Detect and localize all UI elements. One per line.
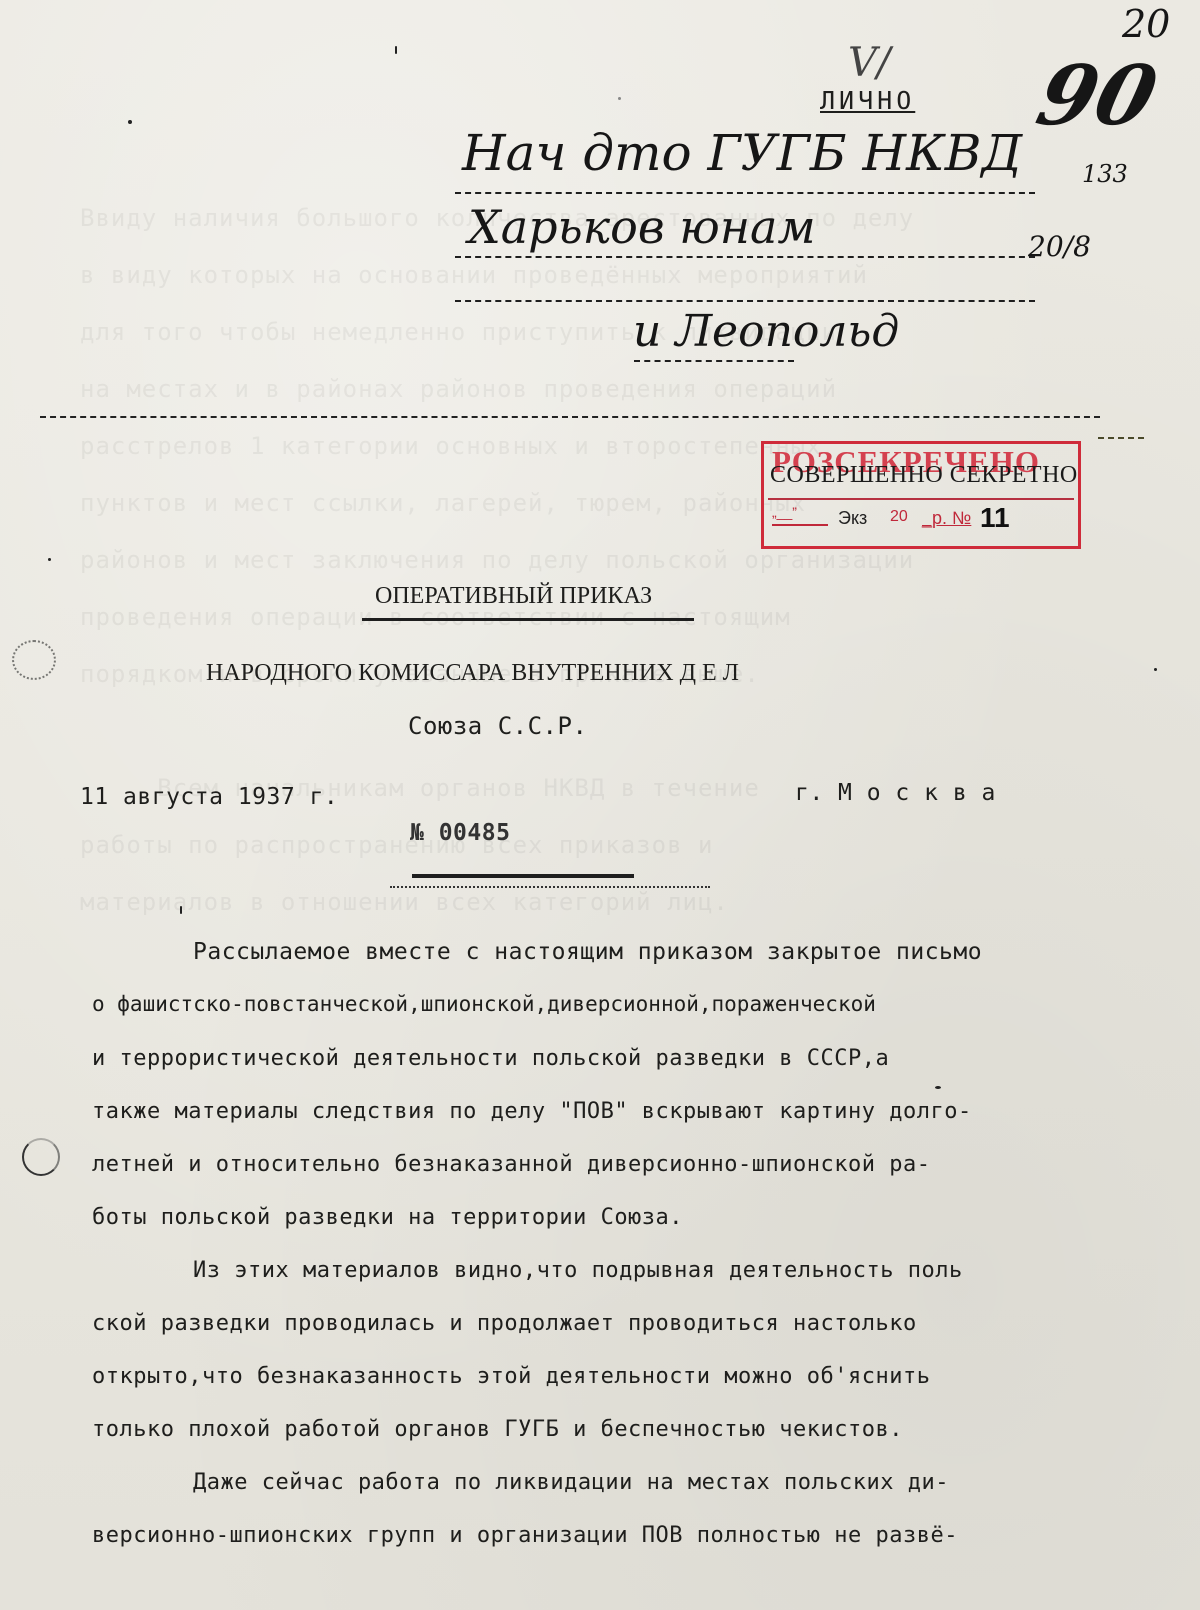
handwritten-addressee-line2-suffix: 20/8 — [1028, 230, 1091, 263]
body-line-3: и террористической деятельности польской… — [92, 1046, 889, 1071]
body-line-5: летней и относительно безнаказанной диве… — [92, 1152, 930, 1177]
speck — [395, 46, 397, 54]
body-line-10: только плохой работой органов ГУГБ и бес… — [92, 1417, 903, 1442]
punch-hole-mark — [22, 1138, 60, 1176]
body-line-1: Рассылаемое вместе с настоящим приказом … — [193, 939, 982, 965]
body-line-8: ской разведки проводилась и продолжает п… — [92, 1311, 917, 1336]
address-underline-2 — [455, 256, 1035, 258]
paper-stain-mark — [12, 640, 56, 680]
union-heading: Союза С.С.Р. — [408, 712, 587, 740]
body-line-7: Из этих материалов видно,что подрывная д… — [193, 1258, 963, 1283]
address-underline-4 — [634, 360, 794, 362]
lichno-label: ЛИЧНО — [820, 86, 915, 115]
speck — [1154, 668, 1157, 671]
stamp-quote-marks: „__” — [772, 504, 797, 520]
speck — [128, 120, 132, 124]
order-number-underline — [412, 874, 634, 878]
header-separator — [40, 416, 1100, 418]
order-city: г. М о с к в а — [795, 780, 996, 806]
address-underline-3 — [455, 300, 1035, 302]
speck — [935, 1086, 941, 1089]
order-type-heading: ОПЕРАТИВНЫЙ ПРИКАЗ — [375, 583, 652, 610]
order-type-underline — [362, 618, 694, 621]
body-line-11: Даже сейчас работа по ликвидации на мест… — [193, 1470, 949, 1495]
stamp-copy-number: 11 — [980, 502, 1010, 534]
stamp-ekz-number: 20 — [890, 508, 908, 526]
declassified-stamp: РОЗСЕКРЕЧЕНО СОВЕРШЕННО СЕКРЕТНО „__” Эк… — [761, 441, 1081, 549]
order-number: № 00485 — [410, 820, 510, 846]
handwritten-page-number: 20 — [1122, 2, 1170, 46]
body-line-4: также материалы следствия по делу "ПОВ" … — [92, 1099, 972, 1124]
stamp-top-secret-text: СОВЕРШЕННО СЕКРЕТНО — [770, 462, 1078, 489]
body-line-6: боты польской разведки на территории Сою… — [92, 1205, 683, 1230]
header-separator-tail — [1098, 437, 1144, 439]
speck — [618, 97, 621, 100]
handwritten-addressee-line1-suffix: 133 — [1082, 160, 1128, 188]
address-underline-1 — [455, 192, 1035, 194]
order-number-underline-2 — [390, 886, 710, 888]
stamp-divider — [768, 498, 1074, 500]
handwritten-addressee-line2: Харьков юнам — [468, 200, 816, 254]
handwritten-addressee-line3: и Леопольд — [633, 306, 899, 357]
body-line-2: о фашистско-повстанческой,шпионской,диве… — [92, 992, 876, 1016]
body-line-9: открыто,что безнаказанность этой деятель… — [92, 1364, 930, 1389]
speck — [48, 558, 51, 561]
speck — [180, 906, 182, 914]
stamp-year-number-label: _р. № — [922, 508, 971, 529]
stamp-date-blank — [772, 524, 828, 526]
order-date: 11 августа 1937 г. — [80, 784, 338, 810]
stamp-ekz-label: Экз — [838, 508, 867, 529]
handwritten-addressee-line1: Нач дто ГУГБ НКВД — [462, 124, 1022, 182]
issuer-heading: НАРОДНОГО КОМИССАРА ВНУТРЕННИХ Д Е Л — [206, 660, 739, 687]
body-line-12: версионно-шпионских групп и организации … — [92, 1523, 958, 1548]
handwritten-mark: 90 — [1028, 48, 1166, 144]
handwritten-check: V/ — [848, 40, 890, 86]
